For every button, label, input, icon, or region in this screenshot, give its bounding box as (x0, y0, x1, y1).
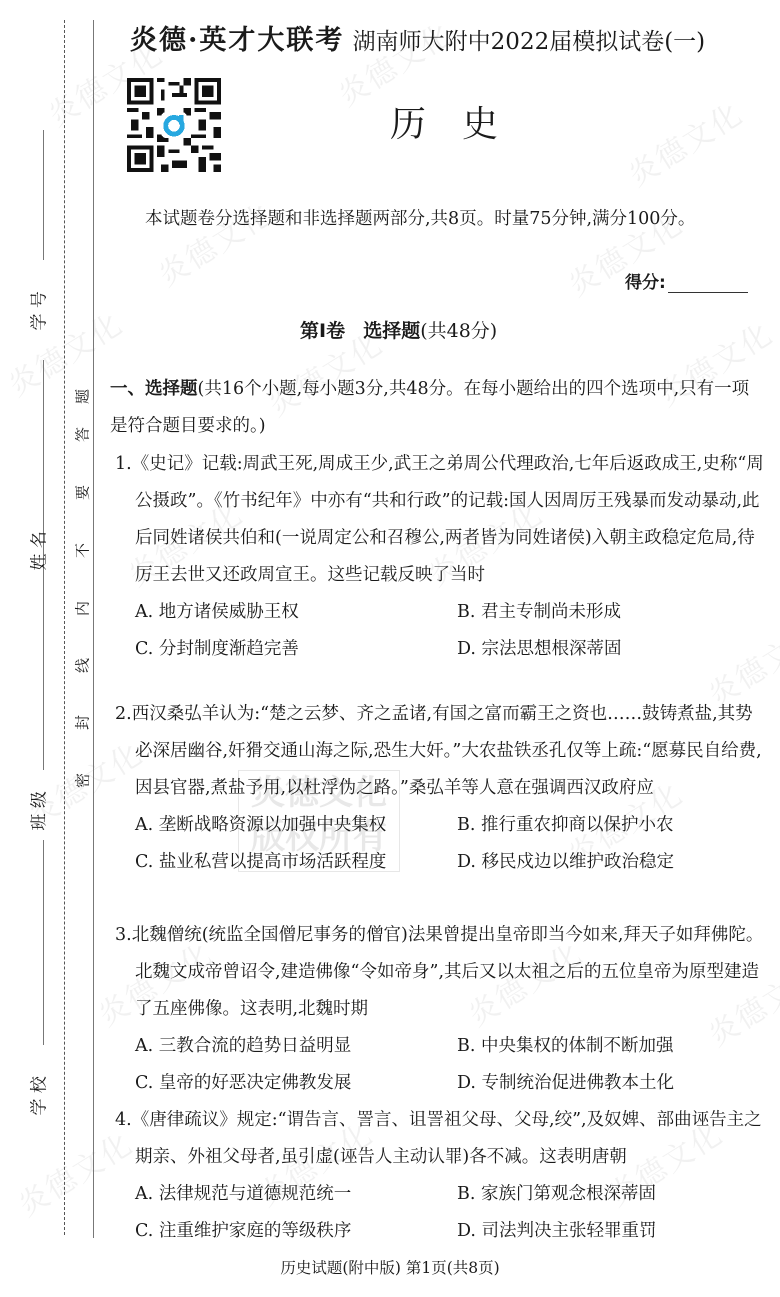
score-label: 得分: (625, 273, 666, 293)
seal-char: 线 (72, 656, 93, 676)
page-footer: 历史试题(附中版) 第1页(共8页) (0, 1256, 780, 1278)
label-class: 班 级 (25, 805, 50, 831)
qr-code-icon[interactable] (127, 78, 221, 172)
seal-char: 要 (72, 483, 93, 503)
option-a[interactable]: A. 法律规范与道德规范统一 (135, 1176, 457, 1213)
label-name: 姓 名 (25, 545, 50, 571)
exam-intro: 本试题卷分选择题和非选择题两部分,共8页。时量75分钟,满分100分。 (110, 201, 762, 238)
question-stem: 4.《唐律疏议》规定:“谓告言、詈言、诅詈祖父母、父母,绞”,及奴婢、部曲诬告主… (115, 1102, 765, 1176)
option-c[interactable]: C. 注重维护家庭的等级秩序 (135, 1213, 457, 1250)
question-number: 1. (115, 454, 132, 474)
question-text: 《唐律疏议》规定:“谓告言、詈言、诅詈祖父母、父母,绞”,及奴婢、部曲诬告主之期… (132, 1110, 762, 1167)
option-c[interactable]: C. 皇帝的好恶决定佛教发展 (135, 1065, 457, 1102)
label-school: 学 校 (25, 1090, 50, 1116)
option-d[interactable]: D. 司法判决主张轻罪重罚 (457, 1213, 779, 1250)
margin-solid-line (93, 20, 94, 1238)
exam-brand: 炎德·英才大联考 (130, 25, 344, 56)
section-instructions: 一、选择题(共16个小题,每小题3分,共48分。在每小题给出的四个选项中,只有一… (110, 371, 762, 445)
watermark: 炎德文化 (618, 89, 750, 194)
field-line-school[interactable] (43, 840, 44, 1045)
option-c[interactable]: C. 盐业私营以提高市场活跃程度 (135, 844, 457, 881)
option-d[interactable]: D. 移民戍边以维护政治稳定 (457, 844, 779, 881)
seal-char: 题 (72, 387, 93, 407)
binding-margin: 学 号 姓 名 班 级 学 校 密 封 线 内 不 要 答 题 (0, 0, 100, 1297)
option-b[interactable]: B. 中央集权的体制不断加强 (457, 1028, 779, 1065)
option-d[interactable]: D. 专制统治促进佛教本土化 (457, 1065, 779, 1102)
seal-char: 封 (72, 713, 93, 733)
option-b[interactable]: B. 推行重农抑商以保护小农 (457, 807, 779, 844)
score-blank[interactable] (668, 276, 748, 293)
seal-char: 不 (72, 541, 93, 561)
instructions-text: (共16个小题,每小题3分,共48分。在每小题给出的四个选项中,只有一项是符合题… (110, 379, 749, 436)
question-2: 2.西汉桑弘羊认为:“楚之云梦、齐之孟诸,有国之富而霸王之资也……鼓铸煮盐,其势… (115, 696, 765, 881)
subject-title: 历史 (390, 96, 534, 147)
question-options: A. 三教合流的趋势日益明显 B. 中央集权的体制不断加强 C. 皇帝的好恶决定… (115, 1028, 765, 1102)
seal-char: 答 (72, 425, 93, 445)
option-d[interactable]: D. 宗法思想根深蒂固 (457, 631, 779, 668)
question-options: A. 垄断战略资源以加强中央集权 B. 推行重农抑商以保护小农 C. 盐业私营以… (115, 807, 765, 881)
exam-title: 湖南师大附中2022届模拟试卷(一) (353, 29, 705, 55)
question-4: 4.《唐律疏议》规定:“谓告言、詈言、诅詈祖父母、父母,绞”,及奴婢、部曲诬告主… (115, 1102, 765, 1250)
question-text: 西汉桑弘羊认为:“楚之云梦、齐之孟诸,有国之富而霸王之资也……鼓铸煮盐,其势必深… (132, 704, 762, 798)
question-number: 4. (115, 1110, 132, 1130)
seal-char: 内 (72, 599, 93, 619)
section-title: 选择题 (363, 320, 420, 342)
question-text: 《史记》记载:周武王死,周成王少,武王之弟周公代理政治,七年后返政成王,史称“周… (132, 454, 764, 585)
option-b[interactable]: B. 家族门第观念根深蒂固 (457, 1176, 779, 1213)
seal-char: 密 (72, 771, 93, 791)
option-a[interactable]: A. 地方诸侯威胁王权 (135, 594, 457, 631)
field-line-student-id[interactable] (43, 130, 44, 260)
section-points: (共48分) (420, 320, 497, 342)
question-number: 3. (115, 925, 132, 945)
question-text: 北魏僧统(统监全国僧尼事务的僧官)法果曾提出皇帝即当今如来,拜天子如拜佛陀。北魏… (132, 925, 764, 1019)
field-line-class[interactable] (43, 610, 44, 770)
option-c[interactable]: C. 分封制度渐趋完善 (135, 631, 457, 668)
section-part: 第Ⅰ卷 (300, 320, 345, 342)
option-a[interactable]: A. 三教合流的趋势日益明显 (135, 1028, 457, 1065)
question-stem: 2.西汉桑弘羊认为:“楚之云梦、齐之孟诸,有国之富而霸王之资也……鼓铸煮盐,其势… (115, 696, 765, 807)
question-stem: 1.《史记》记载:周武王死,周成王少,武王之弟周公代理政治,七年后返政成王,史称… (115, 446, 765, 594)
instructions-lead: 一、选择题 (110, 379, 198, 399)
question-stem: 3.北魏僧统(统监全国僧尼事务的僧官)法果曾提出皇帝即当今如来,拜天子如拜佛陀。… (115, 917, 765, 1028)
exam-header: 炎德·英才大联考 湖南师大附中2022届模拟试卷(一) (130, 18, 705, 57)
seal-dashed-line (64, 20, 65, 1235)
question-1: 1.《史记》记载:周武王死,周成王少,武王之弟周公代理政治,七年后返政成王,史称… (115, 446, 765, 668)
question-options: A. 法律规范与道德规范统一 B. 家族门第观念根深蒂固 C. 注重维护家庭的等… (115, 1176, 765, 1250)
label-student-id: 学 号 (25, 305, 50, 331)
field-line-name[interactable] (43, 360, 44, 615)
option-a[interactable]: A. 垄断战略资源以加强中央集权 (135, 807, 457, 844)
option-b[interactable]: B. 君主专制尚未形成 (457, 594, 779, 631)
section-heading: 第Ⅰ卷 选择题(共48分) (300, 316, 497, 343)
score-field: 得分: (625, 268, 748, 293)
question-options: A. 地方诸侯威胁王权 B. 君主专制尚未形成 C. 分封制度渐趋完善 D. 宗… (115, 594, 765, 668)
question-number: 2. (115, 704, 132, 724)
question-3: 3.北魏僧统(统监全国僧尼事务的僧官)法果曾提出皇帝即当今如来,拜天子如拜佛陀。… (115, 917, 765, 1102)
